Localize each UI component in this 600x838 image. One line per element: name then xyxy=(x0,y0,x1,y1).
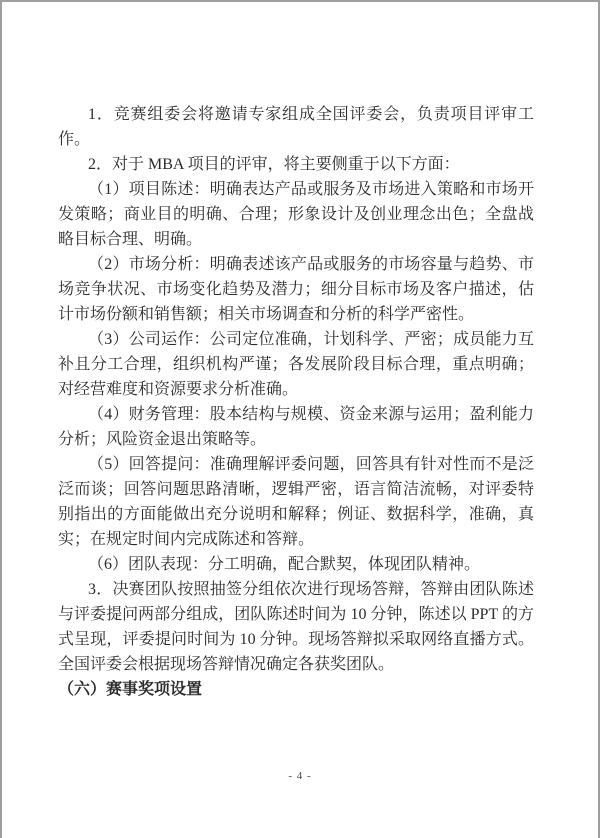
document-body: 1．竞赛组委会将邀请专家组成全国评委会，负责项目评审工作。 2．对于 MBA 项… xyxy=(58,102,534,702)
section-heading: （六）赛事奖项设置 xyxy=(58,677,534,702)
paragraph: （3）公司运作：公司定位准确，计划科学、严密；成员能力互补且分工合理，组织机构严… xyxy=(58,327,534,402)
paragraph: （4）财务管理：股本结构与规模、资金来源与运用；盈利能力分析；风险资金退出策略等… xyxy=(58,402,534,452)
paragraph: 1．竞赛组委会将邀请专家组成全国评委会，负责项目评审工作。 xyxy=(58,102,534,152)
paragraph: （2）市场分析：明确表述该产品或服务的市场容量与趋势、市场竞争状况、市场变化趋势… xyxy=(58,252,534,327)
paragraph: （6）团队表现：分工明确，配合默契，体现团队精神。 xyxy=(58,552,534,577)
paragraph: 3．决赛团队按照抽签分组依次进行现场答辩，答辩由团队陈述与评委提问两部分组成，团… xyxy=(58,577,534,677)
page-number: - 4 - xyxy=(2,770,598,782)
document-page: 1．竞赛组委会将邀请专家组成全国评委会，负责项目评审工作。 2．对于 MBA 项… xyxy=(0,0,600,838)
paragraph: （5）回答提问：准确理解评委问题，回答具有针对性而不是泛泛而谈；回答问题思路清晰… xyxy=(58,452,534,552)
paragraph: 2．对于 MBA 项目的评审，将主要侧重于以下方面： xyxy=(58,152,534,177)
paragraph: （1）项目陈述：明确表达产品或服务及市场进入策略和市场开发策略；商业目的明确、合… xyxy=(58,177,534,252)
